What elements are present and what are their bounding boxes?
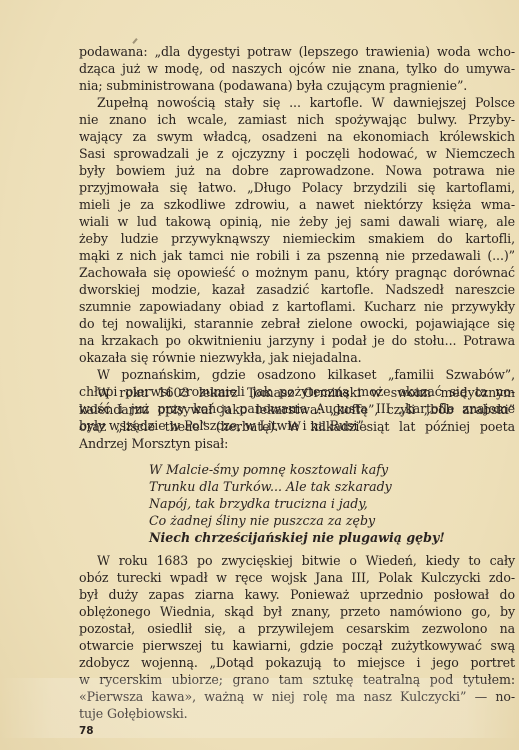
text-line: do tej nowalijki, starannie zebrał zielo…	[79, 315, 515, 332]
text-line: Zupełną nowością stały się ... kartofle.…	[79, 94, 515, 111]
paragraph-1: podawana: „dla dygestyi potraw (lepszego…	[79, 43, 515, 94]
text-line: oraz „liście theae” (herbatę). W kilkadz…	[79, 418, 515, 435]
paragraph-2: Zupełną nowością stały się ... kartofle.…	[79, 94, 515, 366]
poem-line: W Malcie-śmy pomnę kosztowali kafy	[149, 461, 445, 478]
text-line: obóz turecki wpadł w ręce wojsk Jana III…	[79, 569, 515, 586]
text-line: w rycerskim ubiorze; grano tam sztukę te…	[79, 671, 515, 688]
text-line: przyjmowała się łatwo. „Długo Polacy brz…	[79, 179, 515, 196]
text-line: na krzakach po okwitnieniu jarzyny i pod…	[79, 332, 515, 349]
text-line: tuje Gołębiowski.	[79, 705, 515, 722]
text-line: pozostał, osiedlił się, a przywilejem ce…	[79, 620, 515, 637]
text-line: Andrzej Morsztyn pisał:	[79, 435, 515, 452]
poem-line: Trunku dla Turków... Ale tak szkarady	[149, 478, 445, 495]
text-line: dworskiej modzie, kazał zasadzić kartofl…	[79, 281, 515, 298]
text-block-kartofle: podawana: „dla dygestyi potraw (lepszego…	[79, 43, 515, 434]
text-line: zdobycz wojenną. „Dotąd pokazują to miej…	[79, 654, 515, 671]
text-line: wiali w lud takową opinią, nie żeby jej …	[79, 213, 515, 230]
text-line: W roku 1683 po zwycięskiej bitwie o Wied…	[79, 552, 515, 569]
page-number: 78	[79, 725, 94, 737]
text-line: były bowiem już na dobre zaprowadzone. N…	[79, 162, 515, 179]
text-line: dząca już w modę, od naszych ojców nie z…	[79, 60, 515, 77]
text-line: Zachowała się opowieść o możnym panu, kt…	[79, 264, 515, 281]
text-line: kalendarzu opisywał jako lekarstwa: „kof…	[79, 401, 515, 418]
text-line: żeby ludzie przywyknąwszy niemieckim sma…	[79, 230, 515, 247]
text-line: szumnie zapowiadany obiad z kartoflami. …	[79, 298, 515, 315]
book-page: podawana: „dla dygestyi potraw (lepszego…	[0, 0, 519, 750]
text-line: mąki z nich jak tamci nie robili i za ps…	[79, 247, 515, 264]
poem-line: Napój, tak brzydka trucizna i jady,	[149, 495, 445, 512]
text-line: wający za swym władcą, osadzeni na ekono…	[79, 128, 515, 145]
text-line: W roku 1603 lekarz Tomasz Ormiński w swo…	[79, 384, 515, 401]
text-line: nie znano ich wcale, zamiast nich spożyw…	[79, 111, 515, 128]
text-line: podawana: „dla dygestyi potraw (lepszego…	[79, 43, 515, 60]
paragraph-4: W roku 1603 lekarz Tomasz Ormiński w swo…	[79, 384, 515, 452]
text-line: był duży zapas ziarna kawy. Ponieważ upr…	[79, 586, 515, 603]
text-line: otwarcie pierwszej tu kawiarni, gdzie po…	[79, 637, 515, 654]
text-line: nia; subministrowana (podawana) była czu…	[79, 77, 515, 94]
text-line: okazała się równie niezwykła, jak niejad…	[79, 349, 515, 366]
poem-line: Niech chrześcijańskiej nie plugawią gęby…	[149, 529, 445, 546]
text-block-kulczycki: W roku 1683 po zwycięskiej bitwie o Wied…	[79, 552, 515, 722]
poem-line: Co żadnej śliny nie puszcza za zęby	[149, 512, 445, 529]
poem-quote: W Malcie-śmy pomnę kosztowali kafy Trunk…	[149, 461, 445, 546]
text-line: W poznańskim, gdzie osadzono kilkaset „f…	[79, 366, 515, 383]
text-line: oblężonego Wiednia, skąd był znany, prze…	[79, 603, 515, 620]
text-line: Sasi sprowadzali je z ojczyzny i poczęli…	[79, 145, 515, 162]
text-line: mieli je za szkodliwe zdrowiu, a nawet n…	[79, 196, 515, 213]
paragraph-5: W roku 1683 po zwycięskiej bitwie o Wied…	[79, 552, 515, 722]
text-block-kawa-herbata: W roku 1603 lekarz Tomasz Ormiński w swo…	[79, 384, 515, 452]
text-line: «Pierwsza kawa», ważną w niej rolę ma na…	[79, 688, 515, 705]
